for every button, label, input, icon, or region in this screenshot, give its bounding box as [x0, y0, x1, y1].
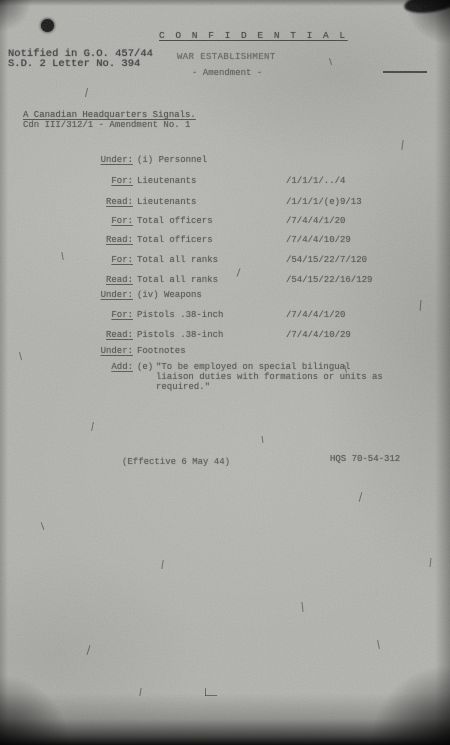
row-value: /7/4/4/10/29 [286, 235, 351, 245]
margin-dash-line [383, 71, 427, 73]
row-label: Under: [53, 155, 133, 165]
row-value: /7/4/4/1/20 [286, 216, 345, 226]
row-item: Lieutenants [137, 176, 196, 186]
row-label: Read: [53, 197, 133, 207]
footnote-block: required." [0, 382, 450, 394]
row-label: For: [53, 310, 133, 320]
footnote-marker: (e) [137, 362, 153, 372]
section-row-personnel: Under: (i) Personnel [0, 155, 450, 167]
section-row-weapons: Under: (iv) Weapons [0, 290, 450, 302]
stamp-line-2: S.D. 2 Letter No. 394 [8, 58, 140, 70]
scratch-mark [205, 695, 217, 696]
row-label: Under: [53, 346, 133, 356]
scan-corner-blotch [403, 0, 450, 16]
document-type-heading: WAR ESTABLISHMENT [177, 52, 276, 62]
row-label: For: [53, 216, 133, 226]
scratch-mark [91, 422, 94, 431]
scratch-mark [86, 645, 90, 655]
row-item: Lieutenants [137, 197, 196, 207]
row-item: Total officers [137, 216, 213, 226]
scanned-document-page: C O N F I D E N T I A L Notified in G.O.… [0, 0, 450, 745]
row-label: Read: [53, 330, 133, 340]
row-item: Pistols .38-inch [137, 330, 223, 340]
amendment-row: Read: Total officers /7/4/4/10/29 [0, 235, 450, 247]
scratch-mark [301, 602, 303, 612]
scratch-mark [401, 140, 403, 150]
amendment-row: For: Total officers /7/4/4/1/20 [0, 216, 450, 228]
amendment-row: Read: Lieutenants /1/1/1/(e)9/13 [0, 197, 450, 209]
row-item: Pistols .38-inch [137, 310, 223, 320]
scratch-mark [430, 558, 432, 567]
classification-header: C O N F I D E N T I A L [159, 30, 348, 41]
row-label: Under: [53, 290, 133, 300]
hole-punch-dot [41, 19, 54, 32]
section-row-footnotes: Under: Footnotes [0, 346, 450, 358]
file-number: HQS 70-54-312 [330, 454, 400, 464]
footnote-label: Add: [53, 362, 133, 372]
amendment-row: Read: Total all ranks /54/15/22/16/129 [0, 275, 450, 287]
amendment-row: For: Pistols .38-inch /7/4/4/1/20 [0, 310, 450, 322]
scratch-mark [377, 640, 380, 649]
row-value: /7/4/4/1/20 [286, 310, 345, 320]
scratch-mark [85, 88, 88, 97]
row-label: For: [53, 255, 133, 265]
row-item: (i) Personnel [137, 155, 207, 165]
row-item: Total officers [137, 235, 213, 245]
row-value: /54/15/22/7/120 [286, 255, 367, 265]
row-value: /1/1/1/../4 [286, 176, 345, 186]
row-item: (iv) Weapons [137, 290, 202, 300]
footnote-line: "To be employed on special bilingual [156, 362, 350, 372]
row-value: /54/15/22/16/129 [286, 275, 372, 285]
scratch-mark [41, 522, 45, 530]
document-subtype-heading: - Amendment - [192, 68, 262, 78]
notification-stamp: Notified in G.O. 457/44S.D. 2 Letter No.… [8, 49, 153, 69]
scratch-mark [359, 492, 363, 502]
row-item: Footnotes [137, 346, 186, 356]
scratch-mark [262, 436, 264, 443]
effective-date: (Effective 6 May 44) [122, 457, 230, 467]
scratch-mark [161, 560, 163, 569]
scratch-mark [139, 688, 141, 696]
row-item: Total all ranks [137, 275, 218, 285]
row-value: /7/4/4/10/29 [286, 330, 351, 340]
amendment-row: Read: Pistols .38-inch /7/4/4/10/29 [0, 330, 450, 342]
footnote-line: required." [156, 382, 210, 392]
footnote-line: liaison duties with formations or units … [156, 372, 383, 382]
scratch-mark [205, 688, 206, 696]
amendment-row: For: Total all ranks /54/15/22/7/120 [0, 255, 450, 267]
row-label: Read: [53, 235, 133, 245]
row-label: Read: [53, 275, 133, 285]
row-value: /1/1/1/(e)9/13 [286, 197, 362, 207]
document-reference: Cdn III/312/1 - Amendment No. 1 [23, 120, 190, 130]
row-label: For: [53, 176, 133, 186]
row-item: Total all ranks [137, 255, 218, 265]
amendment-row: For: Lieutenants /1/1/1/../4 [0, 176, 450, 188]
document-title: A Canadian Headquarters Signals. [23, 110, 196, 120]
scratch-mark [329, 58, 332, 65]
